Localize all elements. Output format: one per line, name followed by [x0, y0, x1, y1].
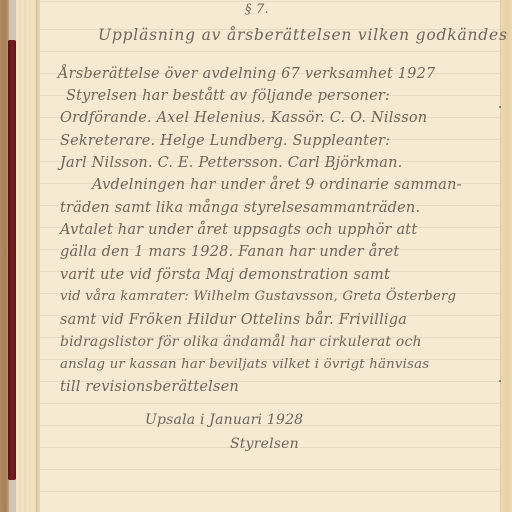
- body-line: samt vid Fröken Hildur Ottelins bår. Fri…: [60, 312, 407, 328]
- signature: Styrelsen: [230, 436, 299, 452]
- body-line: Jarl Nilsson. C. E. Pettersson. Carl Bjö…: [60, 155, 402, 171]
- body-line: träden samt lika många styrelsesammanträ…: [60, 200, 420, 216]
- body-line: bidragslistor för olika ändamål har cirk…: [60, 334, 422, 350]
- body-line: gälla den 1 mars 1928. Fanan har under å…: [60, 244, 399, 260]
- body-line: varit ute vid första Maj demonstration s…: [60, 267, 390, 283]
- ink-speck: [499, 380, 501, 382]
- body-line: Sekreterare. Helge Lundberg. Suppleanter…: [60, 133, 390, 149]
- body-line: Ordförande. Axel Helenius. Kassör. C. O.…: [60, 110, 427, 126]
- minutes-heading: Uppläsning av årsberättelsen vilken godk…: [98, 26, 508, 44]
- ink-speck: [499, 106, 501, 108]
- body-line: anslag ur kassan har beviljats vilket i …: [60, 357, 429, 372]
- scanned-ledger-page: § 7. Uppläsning av årsberättelsen vilken…: [0, 0, 512, 512]
- body-line: Styrelsen har bestått av följande person…: [66, 88, 390, 104]
- page-number: § 7.: [245, 2, 269, 17]
- body-line: Avdelningen har under året 9 ordinarie s…: [92, 177, 462, 193]
- body-line: vid våra kamrater: Wilhelm Gustavsson, G…: [60, 289, 456, 304]
- place-and-date: Upsala i Januari 1928: [145, 412, 303, 428]
- body-line: till revisionsberättelsen: [60, 379, 239, 395]
- body-line: Avtalet har under året uppsagts och upph…: [60, 222, 417, 238]
- body-line: Årsberättelse över avdelning 67 verksamh…: [58, 66, 435, 82]
- page-right-edge: [500, 0, 512, 512]
- book-spine-leather: [8, 40, 16, 480]
